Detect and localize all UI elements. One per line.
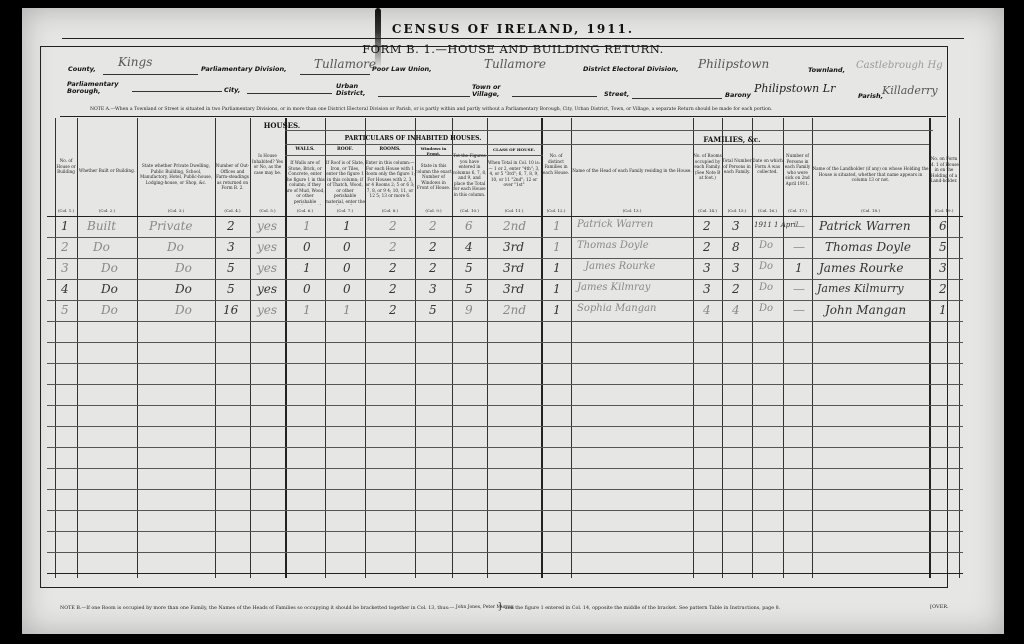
walls-value: 0	[303, 240, 311, 254]
class-value: 3rd	[503, 282, 524, 296]
date-collected: Do	[759, 261, 773, 272]
parliamentary-division-label: Parliamentary Division,	[201, 65, 287, 73]
county-label: County,	[68, 65, 96, 73]
row-line	[47, 342, 963, 343]
col-4-number: (Col. 4.)	[215, 208, 250, 213]
walls-value: 1	[303, 303, 311, 317]
form-m1-number: 1	[939, 303, 947, 317]
roof-value: 1	[343, 219, 351, 233]
street-underline	[632, 98, 722, 99]
col-2-number: (Col. 2.)	[77, 208, 137, 213]
houses-header: HOUSES.	[227, 121, 337, 130]
house-type: Do	[175, 303, 192, 317]
row-line	[47, 384, 963, 385]
head-of-family: James Kilmray	[577, 282, 650, 293]
persons-count: 3	[732, 261, 740, 275]
barony-label: Barony	[725, 91, 751, 99]
note-a-divider	[60, 116, 946, 117]
urban-district-label: Urban District,	[336, 83, 376, 97]
house-number: 4	[61, 282, 69, 296]
county-value: Kings	[118, 55, 152, 69]
date-collected: Do	[759, 282, 773, 293]
built-status: Do	[101, 282, 118, 296]
built-status: Do	[93, 240, 110, 254]
sick-count: —	[793, 303, 805, 317]
roof-value: 0	[343, 282, 351, 296]
head-of-family: Thomas Doyle	[577, 240, 649, 251]
col-7-header: If Roof is of Slate, Iron, or Tiles, ent…	[325, 160, 365, 205]
col-17-number: (Col. 17.)	[783, 208, 812, 213]
head-of-family: Patrick Warren	[577, 219, 653, 230]
total-value: 6	[465, 219, 473, 233]
rooms-value: 2	[389, 219, 397, 233]
persons-count: 4	[732, 303, 740, 317]
header-bottom-rule	[47, 216, 963, 217]
inhabited: yes	[257, 240, 277, 254]
row-line	[47, 531, 963, 532]
note-b-end: and the figure 1 entered in Col. 14, opp…	[505, 606, 780, 611]
col-9-number: (Col. 9.)	[415, 208, 452, 213]
rooms-value: 2	[389, 282, 397, 296]
landholder-name: James Rourke	[819, 261, 904, 275]
note-b-text: NOTE B.—If one Room is occupied by more …	[60, 606, 454, 611]
townland-value: Castlebrough Hg	[856, 60, 943, 71]
families-count: 1	[553, 219, 561, 233]
families-count: 1	[553, 303, 561, 317]
landholder-name: Patrick Warren	[819, 219, 911, 233]
col-19-header: No. on Form M. 1 of House in on the Hold…	[929, 156, 959, 206]
date-collected: 1911 1 April	[754, 221, 798, 229]
out-offices: 2	[227, 219, 235, 233]
out-offices: 5	[227, 261, 235, 275]
house-number: 2	[61, 240, 69, 254]
col-18-number: (Col. 18.)	[812, 208, 929, 213]
inhabited: yes	[257, 219, 277, 233]
col-5-number: (Col. 5.)	[250, 208, 285, 213]
landholder-name: James Kilmurry	[817, 282, 904, 295]
row-line	[47, 300, 963, 301]
district-electoral-division-label: District Electoral Division,	[583, 65, 679, 73]
sick-count: 1	[795, 261, 803, 275]
form-m1-number: 2	[939, 282, 947, 296]
bracket-glyph: }	[497, 602, 503, 612]
form-m1-number: 3	[939, 261, 947, 275]
roof-value: 1	[343, 303, 351, 317]
col-divider	[77, 118, 78, 578]
class-value: 2nd	[503, 219, 526, 233]
col-5-header: Is House Inhabited? Yes or No, as the ca…	[250, 153, 285, 175]
roof-header: ROOF.	[325, 147, 365, 152]
sick-count: —	[793, 240, 805, 254]
walls-value: 1	[303, 219, 311, 233]
col-12-number: (Col. 12.)	[541, 208, 571, 213]
class-value: 3rd	[503, 240, 524, 254]
families-count: 1	[553, 261, 561, 275]
col-divider	[571, 118, 572, 578]
out-offices: 5	[227, 282, 235, 296]
table-bottom-rule	[47, 573, 963, 574]
particulars-header: PARTICULARS OF INHABITED HOUSES.	[285, 135, 541, 142]
persons-count: 2	[732, 282, 740, 296]
col-15-number: (Col. 15.)	[722, 208, 752, 213]
row-line	[47, 489, 963, 490]
townland-label: Townland,	[808, 66, 845, 74]
city-underline	[247, 93, 332, 94]
total-value: 5	[465, 261, 473, 275]
rooms-occupied: 3	[703, 261, 711, 275]
rooms-occupied: 3	[703, 282, 711, 296]
col-15-header: Total Number of Persons in each Family.	[722, 158, 752, 175]
col-11-header: When Total in Col. 10 is:— 1 or 2, enter…	[487, 160, 541, 205]
rooms-value: 2	[389, 261, 397, 275]
poor-law-union-value: Tullamore	[484, 57, 546, 71]
col-divider	[752, 118, 753, 578]
rooms-occupied: 4	[703, 303, 711, 317]
class-value: 2nd	[503, 303, 526, 317]
col-14-header: No. of Rooms occupied by each Family. (S…	[693, 153, 722, 203]
parliamentary-division-value: Tullamore	[314, 57, 376, 71]
note-b: NOTE B.—If one Room is occupied by more …	[60, 602, 780, 612]
col-14-number: (Col. 14.)	[693, 208, 722, 213]
house-number: 5	[61, 303, 69, 317]
windows-value: 5	[429, 303, 437, 317]
row-line	[47, 405, 963, 406]
col-17-header: Number of Persons in each Family who wer…	[783, 153, 812, 205]
col-3-header: State whether Private Dwelling, Public B…	[137, 163, 215, 185]
col-2-header: Whether Built or Building.	[77, 168, 137, 174]
note-a: NOTE A.—When a Townland or Street is sit…	[90, 107, 772, 112]
col-6-number: (Col. 6.)	[285, 208, 325, 213]
col-11-number: (Col. 11.)	[487, 208, 541, 213]
house-type: Do	[167, 240, 184, 254]
out-offices: 16	[223, 303, 238, 317]
poor-law-union-label: Poor Law Union,	[372, 65, 432, 73]
barony-value: Philipstown Lr	[754, 82, 835, 95]
title-divider	[62, 38, 964, 39]
inhabited: yes	[257, 261, 277, 275]
col-divider	[959, 118, 960, 578]
persons-count: 8	[732, 240, 740, 254]
rooms-occupied: 2	[703, 240, 711, 254]
col-19-number: (Col. 19.)	[929, 208, 959, 213]
date-collected: Do	[759, 240, 773, 251]
windows-value: 3	[429, 282, 437, 296]
col-6-header: If Walls are of Stone, Brick, or Concret…	[285, 160, 325, 205]
inhabited: yes	[257, 303, 277, 317]
walls-header: WALLS.	[285, 147, 325, 152]
col-8-number: (Col. 8.)	[365, 208, 415, 213]
rooms-occupied: 2	[703, 219, 711, 233]
inhabited: yes	[257, 282, 277, 296]
row-line	[47, 237, 963, 238]
roof-value: 0	[343, 240, 351, 254]
col-12-header: No. of distinct Families in each House.	[541, 153, 571, 175]
col-13-header: Name of the Head of each Family residing…	[571, 168, 693, 174]
row-line	[47, 426, 963, 427]
windows-value: 2	[429, 219, 437, 233]
house-number: 3	[61, 261, 69, 275]
families-count: 1	[553, 282, 561, 296]
town-village-label: Town or Village,	[472, 84, 507, 98]
col-divider	[55, 118, 56, 578]
col-10-number: (Col. 10.)	[452, 208, 487, 213]
col-divider-thick	[541, 118, 543, 578]
street-label: Street,	[604, 90, 629, 98]
col-divider	[250, 118, 251, 578]
col-1-number: (Col. 1.)	[55, 208, 77, 213]
built-status: Do	[101, 261, 118, 275]
col-13-number: (Col. 13.)	[571, 208, 693, 213]
parish-label: Parish,	[858, 92, 883, 100]
families-count: 1	[553, 240, 561, 254]
parliamentary-borough-label: Parliamentary Borough,	[67, 81, 117, 95]
subsection-divider	[285, 144, 929, 145]
head-of-family: James Rourke	[585, 261, 655, 272]
built-status: Built	[87, 219, 116, 233]
house-type: Private	[149, 219, 193, 233]
roof-value: 0	[343, 261, 351, 275]
total-value: 5	[465, 282, 473, 296]
return-table: HOUSES. PARTICULARS OF INHABITED HOUSES.…	[47, 118, 963, 578]
landholder-name: John Mangan	[825, 303, 906, 317]
urban-district-underline	[378, 96, 470, 97]
class-header: CLASS OF HOUSE.	[487, 147, 541, 152]
persons-count: 3	[732, 219, 740, 233]
walls-value: 1	[303, 261, 311, 275]
row-line	[47, 468, 963, 469]
row-line	[47, 258, 963, 259]
city-label: City,	[224, 86, 240, 94]
date-collected: Do	[759, 303, 773, 314]
parliamentary-division-underline	[300, 74, 370, 75]
built-status: Do	[101, 303, 118, 317]
col-16-header: Date on which Form A was collected.	[752, 158, 783, 175]
out-offices: 3	[227, 240, 235, 254]
note-b-example: John Jones, Peter Murray,	[456, 605, 496, 610]
total-value: 4	[465, 240, 473, 254]
col-16-number: (Col. 16.)	[752, 208, 783, 213]
families-header: FAMILIES, &c.	[647, 135, 817, 144]
subsection-divider	[285, 155, 543, 156]
district-electoral-division-value: Philipstown	[698, 57, 769, 71]
row-line	[47, 447, 963, 448]
sick-count: —	[793, 219, 805, 233]
town-village-underline	[512, 96, 597, 97]
windows-value: 2	[429, 261, 437, 275]
head-of-family: Sophia Mangan	[577, 303, 657, 314]
form-m1-number: 6	[939, 219, 947, 233]
parish-value: Killaderry	[882, 84, 938, 97]
county-underline	[103, 74, 198, 75]
col-18-header: Name of the Landholder (if any) on whose…	[812, 166, 929, 183]
row-line	[47, 510, 963, 511]
row-line	[47, 279, 963, 280]
sick-count: —	[793, 282, 805, 296]
col-9-header: State in this column the exact Number of…	[415, 163, 452, 205]
col-7-number: (Col. 7.)	[325, 208, 365, 213]
windows-value: 2	[429, 240, 437, 254]
parliamentary-borough-underline	[132, 91, 222, 92]
total-value: 9	[465, 303, 473, 317]
col-4-header: Number of Out-Offices and Farm-steadings…	[215, 163, 250, 191]
row-line	[47, 552, 963, 553]
col-1-header: No. of House or Building	[55, 158, 77, 175]
section-divider	[285, 130, 933, 131]
walls-value: 0	[303, 282, 311, 296]
landholder-name: Thomas Doyle	[825, 240, 911, 254]
row-line	[47, 321, 963, 322]
row-line	[47, 363, 963, 364]
rooms-value: 2	[389, 303, 397, 317]
form-m1-number: 5	[939, 240, 947, 254]
col-divider	[722, 118, 723, 578]
house-number: 1	[61, 219, 69, 233]
census-title: CENSUS OF IRELAND, 1911.	[22, 22, 1004, 36]
house-type: Do	[175, 282, 192, 296]
col-divider	[812, 118, 813, 578]
rooms-header: ROOMS.	[365, 147, 415, 152]
col-10-header: Tot the Figures you have entered in colu…	[452, 153, 487, 205]
col-3-number: (Col. 3.)	[137, 208, 215, 213]
over-label: [OVER.	[930, 604, 949, 610]
rooms-value: 2	[389, 240, 397, 254]
col-divider	[137, 118, 138, 578]
class-value: 3rd	[503, 261, 524, 275]
col-8-header: Enter in this column:— For each House wi…	[365, 160, 415, 205]
house-type: Do	[175, 261, 192, 275]
